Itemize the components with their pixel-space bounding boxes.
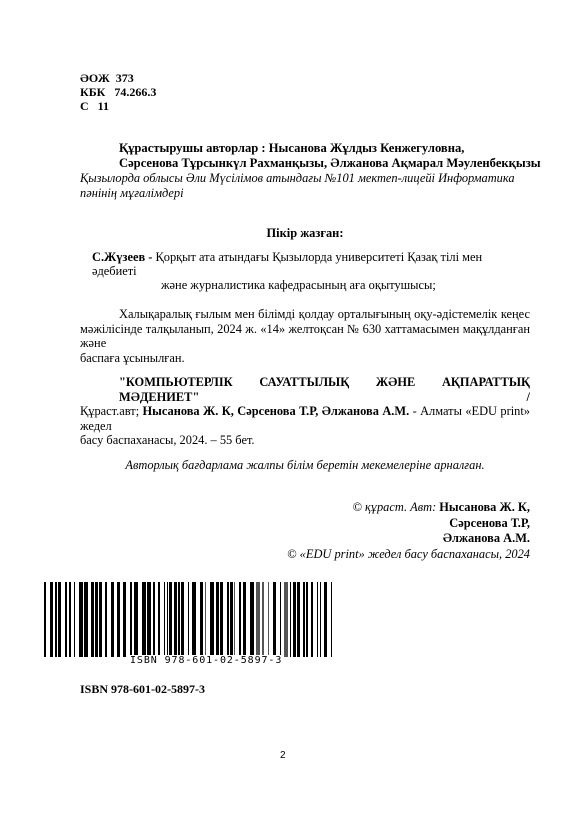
copyright-line-1: © құраст. Авт: Нысанова Ж. К,	[287, 500, 530, 516]
authors-line-1: Құрастырушы авторлар : Нысанова Жұлдыз К…	[80, 141, 530, 156]
isbn-number: ISBN 978-601-02-5897-3	[80, 682, 205, 697]
reviewer-name: С.Жүзеев -	[92, 250, 155, 264]
citation-line-3: басу баспаханасы, 2024. – 55 бет.	[80, 433, 530, 448]
bbk-code: КБК 74.266.3	[80, 85, 156, 99]
dedication: Авторлық бағдарлама жалпы білім беретін …	[80, 458, 530, 473]
citation-authors: Нысанова Ж. К, Сәрсенова Т.Р, Әлжанова А…	[143, 404, 410, 418]
review-title: Пікір жазған:	[80, 226, 530, 241]
approval-block: Халықаралық ғылым мен білімді қолдау орт…	[80, 307, 530, 365]
classification-codes: ӘОЖ 373 КБК 74.266.3 С 11	[80, 71, 156, 113]
copyright-prefix: © құраст. Авт:	[352, 500, 439, 514]
approval-line-3: баспаға ұсынылған.	[80, 351, 530, 366]
authors-names-2: Сәрсенова Тұрсынкүл Рахманқызы, Әлжанова…	[80, 156, 530, 171]
authors-affiliation-2: пәнінің мұғалімдері	[80, 186, 530, 201]
copyright-author-2: Сәрсенова Т.Р,	[287, 516, 530, 532]
citation-prefix: Құраст.авт;	[80, 404, 143, 418]
reviewer-line-1: С.Жүзеев - Қорқыт ата атындағы Қызылорда…	[92, 250, 522, 278]
reviewer-position-2: және журналистика кафедрасының аға оқыту…	[92, 278, 522, 292]
reviewer-block: С.Жүзеев - Қорқыт ата атындағы Қызылорда…	[92, 250, 522, 292]
citation-block: "КОМПЬЮТЕРЛІК САУАТТЫЛЫҚ ЖӘНЕ АҚПАРАТТЫҚ…	[80, 375, 530, 448]
citation-title: "КОМПЬЮТЕРЛІК САУАТТЫЛЫҚ ЖӘНЕ АҚПАРАТТЫҚ…	[80, 375, 530, 404]
authors-affiliation-1: Қызылорда облысы Әли Мүсілімов атындағы …	[80, 171, 530, 186]
copyright-block: © құраст. Авт: Нысанова Ж. К, Сәрсенова …	[287, 500, 530, 562]
udk-code: ӘОЖ 373	[80, 71, 156, 85]
authors-block: Құрастырушы авторлар : Нысанова Жұлдыз К…	[80, 141, 530, 201]
copyright-author-1: Нысанова Ж. К,	[439, 500, 530, 514]
citation-line-2: Құраст.авт; Нысанова Ж. К, Сәрсенова Т.Р…	[80, 404, 530, 433]
barcode-caption: ISBN 978-601-02-5897-3	[128, 655, 284, 666]
isbn-barcode: ISBN 978-601-02-5897-3	[44, 582, 334, 670]
page-number: 2	[280, 750, 286, 761]
approval-line-2: мәжілісінде талқыланып, 2024 ж. «14» жел…	[80, 322, 530, 351]
approval-line-1: Халықаралық ғылым мен білімді қолдау орт…	[80, 307, 530, 322]
authors-names-1: Нысанова Жұлдыз Кенжегуловна,	[269, 141, 465, 155]
copyright-author-3: Әлжанова А.М.	[287, 531, 530, 547]
copyright-publisher: © «EDU print» жедел басу баспаханасы, 20…	[287, 547, 530, 563]
authors-label: Құрастырушы авторлар :	[119, 141, 269, 155]
c-code: С 11	[80, 99, 156, 113]
barcode-icon	[44, 582, 334, 657]
